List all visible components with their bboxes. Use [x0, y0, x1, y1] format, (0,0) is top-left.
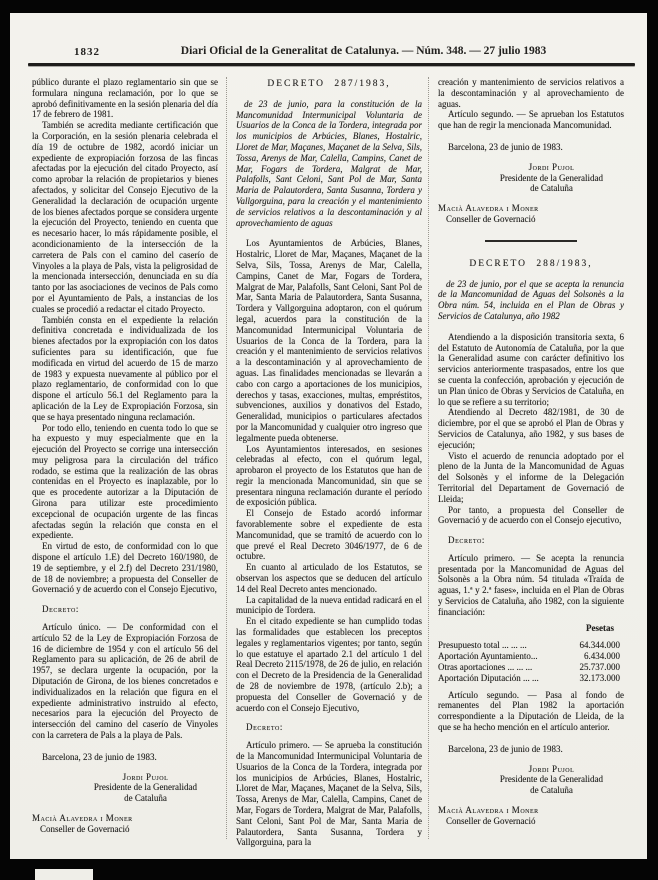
paragraph: Visto el acuerdo de renuncia adoptado po…: [438, 451, 624, 505]
decreto-label: Decreto:: [32, 604, 218, 615]
gazette-page: 1832 Diari Oficial de la Generalitat de …: [10, 13, 647, 859]
paragraph: Por todo ello, teniendo en cuenta todo l…: [32, 423, 218, 542]
paragraph: En cuanto al articulado de los Estatutos…: [236, 562, 422, 594]
signer-title: de Cataluña: [73, 793, 218, 804]
signer-title: Conseller de Governació: [32, 824, 218, 835]
signature-block: Jordi PujolPresidente de la Generalidadd…: [438, 764, 624, 827]
column-right: creación y mantenimiento de servicios re…: [438, 77, 624, 852]
page-number: 1832: [74, 46, 100, 58]
dateline: Barcelona, 23 de junio de 1983.: [438, 142, 624, 153]
signer-title: Presidente de la Generalidad: [73, 782, 218, 793]
scanned-gazette-screenshot: { "header": { "page_number": "1832", "ti…: [0, 0, 658, 880]
paragraph: Atendiendo a la disposición transitoria …: [438, 332, 624, 408]
paragraph: Artículo primero. — Se aprueba la consti…: [236, 740, 422, 848]
row-value: 32.173.000: [580, 673, 625, 684]
table-header-pesetas: Pesetas: [438, 623, 624, 634]
paragraph: Artículo único. — De conformidad con el …: [32, 622, 218, 741]
row-value: 6.434.000: [584, 651, 624, 662]
signer-name: Jordi Pujol: [479, 764, 624, 775]
signature-block: Jordi PujolPresidente de la Generalidadd…: [32, 772, 218, 835]
row-value: 64.344.000: [580, 640, 625, 651]
signer-name: Jordi Pujol: [479, 162, 624, 173]
signer-name: Macià Alavedra i Moner: [438, 805, 624, 816]
decree-summary: de 23 de junio, para la constitución de …: [236, 99, 422, 229]
signer-name: Jordi Pujol: [73, 772, 218, 783]
decreto-label: Decreto:: [438, 535, 624, 546]
paragraph-continuation: creación y mantenimiento de servicios re…: [438, 77, 624, 109]
column-divider-rule: [428, 77, 429, 839]
section-divider-rule: [485, 240, 577, 242]
column-divider-rule: [226, 77, 227, 839]
signature-president: Jordi PujolPresidente de la Generalidadd…: [479, 162, 624, 194]
column-left: público durante el plazo reglamentario s…: [32, 77, 218, 852]
financing-table: PesetasPresupuesto total ... ... ...64.3…: [438, 623, 624, 684]
paragraph: El Consejo de Estado acordó informar fav…: [236, 508, 422, 562]
paragraph: En el citado expediente se han cumplido …: [236, 616, 422, 713]
dateline: Barcelona, 23 de junio de 1983.: [32, 752, 218, 763]
scan-edge-artifact: [35, 869, 93, 880]
decree-heading: DECRETO 287/1983,: [236, 79, 422, 90]
signer-name: Macià Alavedra i Moner: [438, 203, 624, 214]
paragraph: Los Ayuntamientos de Arbúcies, Blanes, H…: [236, 238, 422, 443]
row-label: Presupuesto total ... ... ...: [438, 640, 527, 651]
paragraph: Atendiendo al Decreto 482/1981, de 30 de…: [438, 407, 624, 450]
paragraph-continuation: público durante el plazo reglamentario s…: [32, 77, 218, 120]
paragraph: También consta en el expediente la relac…: [32, 315, 218, 423]
signer-title: Conseller de Governació: [438, 214, 624, 225]
table-row: Aportación Diputación ... ...32.173.000: [438, 673, 624, 684]
row-label: Otras aportaciones ... ... ...: [438, 662, 532, 673]
decreto-label: Decreto:: [236, 722, 422, 733]
column-middle: DECRETO 287/1983,de 23 de junio, para la…: [236, 77, 422, 852]
paragraph: También se acredita mediante certificaci…: [32, 120, 218, 314]
paragraph: Artículo primero. — Se acepta la renunci…: [438, 553, 624, 618]
signer-title: Conseller de Governació: [438, 816, 624, 827]
signature-president: Jordi PujolPresidente de la Generalidadd…: [73, 772, 218, 804]
table-row: Presupuesto total ... ... ...64.344.000: [438, 640, 624, 651]
signer-title: de Cataluña: [479, 183, 624, 194]
signer-title: Presidente de la Generalidad: [479, 173, 624, 184]
paragraph: La capitalidad de la nueva entidad radic…: [236, 595, 422, 617]
paragraph: Los Ayuntamientos interesados, en sesion…: [236, 444, 422, 509]
paragraph: Por tanto, a propuesta del Conseller de …: [438, 505, 624, 527]
table-row: Aportación Ayuntamiento...6.434.000: [438, 651, 624, 662]
signer-title: Presidente de la Generalidad: [479, 774, 624, 785]
row-label: Aportación Ayuntamiento...: [438, 651, 538, 662]
row-value: 25.737.000: [580, 662, 625, 673]
decree-summary: de 23 de junio, por el que se acepta la …: [438, 279, 624, 322]
signer-name: Macià Alavedra i Moner: [32, 813, 218, 824]
row-label: Aportación Diputación ... ...: [438, 673, 539, 684]
signature-conseller: Macià Alavedra i MonerConseller de Gover…: [32, 813, 218, 835]
paragraph: Artículo segundo. — Se aprueban los Esta…: [438, 109, 624, 131]
dateline: Barcelona, 23 de junio de 1983.: [438, 744, 624, 755]
signature-conseller: Macià Alavedra i MonerConseller de Gover…: [438, 805, 624, 827]
table-row: Otras aportaciones ... ... ...25.737.000: [438, 662, 624, 673]
paragraph: En virtud de esto, de conformidad con lo…: [32, 541, 218, 595]
signer-title: de Cataluña: [479, 785, 624, 796]
header-rule: [28, 63, 635, 66]
signature-president: Jordi PujolPresidente de la Generalidadd…: [479, 764, 624, 796]
page-title: Diari Oficial de la Generalitat de Catal…: [120, 45, 607, 57]
decree-heading: DECRETO 288/1983,: [438, 259, 624, 270]
signature-block: Jordi PujolPresidente de la Generalidadd…: [438, 162, 624, 225]
signature-conseller: Macià Alavedra i MonerConseller de Gover…: [438, 203, 624, 225]
paragraph: Artículo segundo. — Pasa al fondo de rem…: [438, 690, 624, 733]
